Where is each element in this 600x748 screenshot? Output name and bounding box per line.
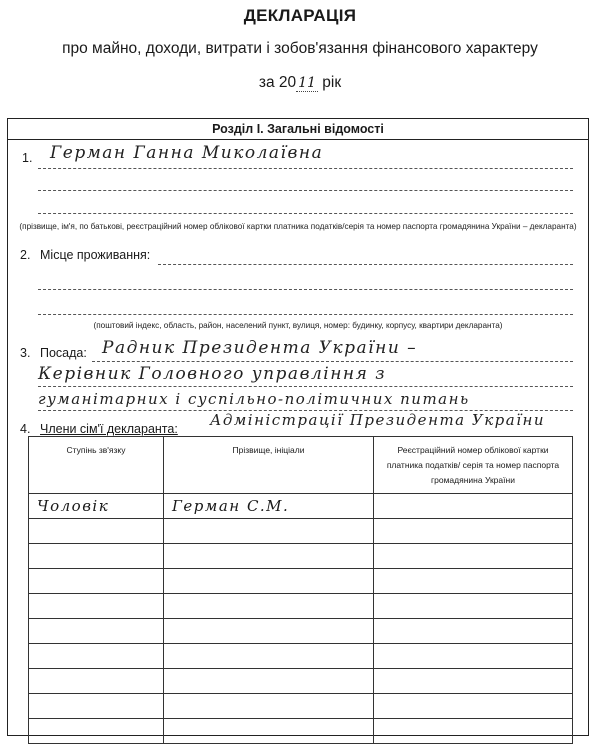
document-subtitle: про майно, доходи, витрати і зобов'язанн…: [0, 40, 600, 58]
item-1-caption: (прізвище, ім'я, по батькові, реєстрацій…: [10, 222, 586, 231]
item-1-line-1: [38, 168, 573, 169]
cell-tax-id[interactable]: [374, 644, 573, 669]
residence-field-line-1[interactable]: [158, 264, 573, 265]
cell-relation[interactable]: [29, 569, 164, 594]
cell-name[interactable]: [164, 719, 374, 744]
position-line-3[interactable]: гуманітарних і суспільно-політичних пита…: [38, 390, 470, 408]
position-underline-2: [38, 386, 573, 387]
table-header-row: Ступінь зв'язку Прізвище, ініціали Реєст…: [29, 437, 573, 494]
cell-relation[interactable]: [29, 519, 164, 544]
section-title: Розділ І. Загальні відомості: [7, 118, 589, 140]
cell-relation[interactable]: [29, 594, 164, 619]
cell-name[interactable]: Герман С.М.: [164, 494, 374, 519]
year-suffix: рік: [322, 74, 341, 91]
item-4-number: 4.: [20, 422, 30, 436]
item-1-line-3[interactable]: [38, 213, 573, 214]
cell-tax-id[interactable]: [374, 619, 573, 644]
residence-field-line-2[interactable]: [38, 289, 573, 290]
table-row: ЧоловікГерман С.М.: [29, 494, 573, 519]
cell-relation[interactable]: Чоловік: [29, 494, 164, 519]
cell-relation[interactable]: [29, 644, 164, 669]
item-4-label: Члени сім'ї декларанта:: [40, 422, 178, 436]
table-row: [29, 519, 573, 544]
declaration-year: за 2011 рік: [0, 74, 600, 92]
table-row: [29, 569, 573, 594]
cell-name[interactable]: [164, 594, 374, 619]
table-row: [29, 719, 573, 744]
cell-name[interactable]: [164, 644, 374, 669]
cell-tax-id[interactable]: [374, 544, 573, 569]
position-line-4[interactable]: Адміністрації Президента України: [210, 411, 545, 429]
table-row: [29, 694, 573, 719]
position-line-1[interactable]: Радник Президента України –: [102, 338, 417, 358]
table-row: [29, 644, 573, 669]
column-header-tax-id: Реєстраційний номер облікової картки пла…: [374, 437, 573, 494]
cell-relation[interactable]: [29, 719, 164, 744]
year-prefix: за 20: [259, 74, 296, 91]
table-row: [29, 594, 573, 619]
cell-name[interactable]: [164, 669, 374, 694]
item-1-number: 1.: [22, 151, 32, 165]
column-header-relation: Ступінь зв'язку: [29, 437, 164, 494]
cell-relation[interactable]: [29, 619, 164, 644]
table-row: [29, 544, 573, 569]
cell-name[interactable]: [164, 569, 374, 594]
year-value[interactable]: 11: [296, 75, 318, 92]
cell-name[interactable]: [164, 694, 374, 719]
cell-tax-id[interactable]: [374, 694, 573, 719]
residence-field-line-3[interactable]: [38, 314, 573, 315]
table-row: [29, 619, 573, 644]
cell-relation[interactable]: [29, 694, 164, 719]
cell-tax-id[interactable]: [374, 669, 573, 694]
position-line-2[interactable]: Керівник Головного управління з: [38, 364, 386, 384]
item-1-line-2[interactable]: [38, 190, 573, 191]
cell-name[interactable]: [164, 619, 374, 644]
cell-tax-id[interactable]: [374, 719, 573, 744]
cell-relation[interactable]: [29, 544, 164, 569]
cell-name[interactable]: [164, 544, 374, 569]
table-row: [29, 669, 573, 694]
cell-relation[interactable]: [29, 669, 164, 694]
column-header-name: Прізвище, ініціали: [164, 437, 374, 494]
family-members-table: Ступінь зв'язку Прізвище, ініціали Реєст…: [28, 436, 573, 744]
cell-tax-id[interactable]: [374, 594, 573, 619]
position-underline-1: [92, 361, 573, 362]
cell-tax-id[interactable]: [374, 569, 573, 594]
cell-tax-id[interactable]: [374, 494, 573, 519]
item-2-number: 2.: [20, 248, 30, 262]
item-3-label: Посада:: [40, 346, 87, 360]
cell-name[interactable]: [164, 519, 374, 544]
item-2-label: Місце проживання:: [40, 248, 150, 262]
document-title: ДЕКЛАРАЦІЯ: [0, 6, 600, 26]
item-2-caption: (поштовий індекс, область, район, населе…: [10, 321, 586, 330]
item-3-number: 3.: [20, 346, 30, 360]
cell-tax-id[interactable]: [374, 519, 573, 544]
declarant-name-field[interactable]: Герман Ганна Миколаївна: [50, 143, 323, 163]
